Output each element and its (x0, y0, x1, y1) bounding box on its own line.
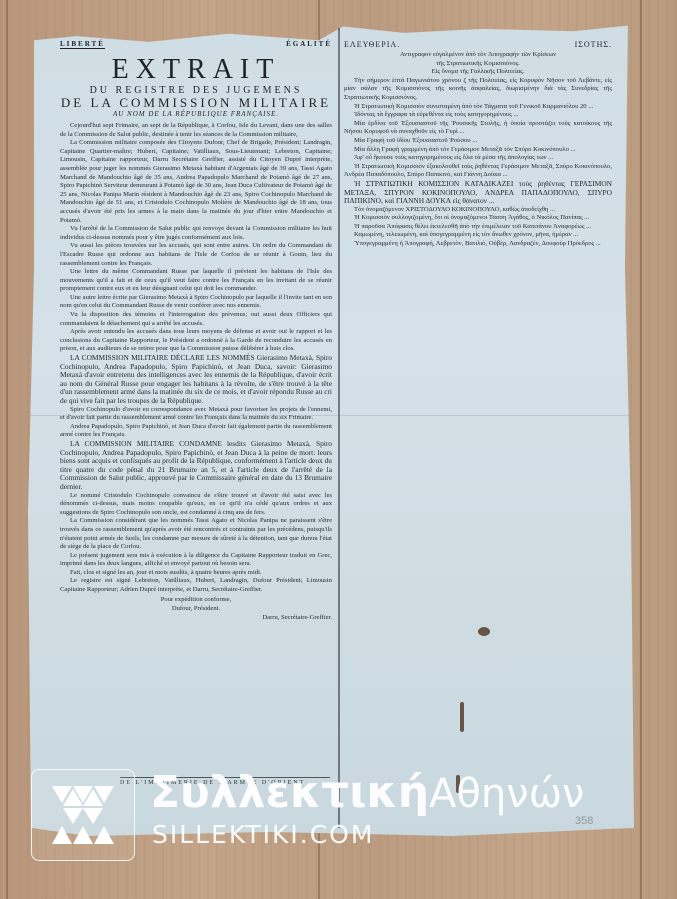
french-column: LIBERTÉ ÉGALITÉ EXTRAIT DU REGISTRE DES … (60, 40, 332, 622)
greek-heading: Αντιγραφον εὐγαλμένον ἀπὸ τὸν Ἀπογραφὴν … (344, 51, 612, 60)
greek-column: ΕΛΕΥΘΕΡΙΑ. ΙΣΟΤΗΣ. Αντιγραφον εὐγαλμένον… (344, 40, 612, 249)
ink-stain (478, 627, 490, 636)
greek-heading: Εἰς ὄνομα τῆς Γαλλικῆς Πολιτείας. (344, 68, 612, 77)
paragraph: Cejourd'hui sept Frimaire, an sept de la… (60, 122, 332, 139)
paragraph: Après avoir entendu les accusés dans tou… (60, 328, 332, 354)
paragraph: Une autre lettre écrite par Gierasimo Me… (60, 294, 332, 311)
triangles-logo-icon (52, 786, 114, 844)
motto-eleftheria: ΕΛΕΥΘΕΡΙΑ. (344, 40, 400, 49)
paragraph: Une lettre du même Commandant Russe par … (60, 268, 332, 294)
motto: ΕΛΕΥΘΕΡΙΑ. ΙΣΟΤΗΣ. (344, 40, 612, 49)
watermark-brand-bold: Συλλεκτική (150, 767, 429, 818)
paragraph: Καμωμένη, τελειωμένη, καὶ ὑπογεγραμμένη … (344, 231, 612, 240)
condemnation: LA COMMISSION MILITAIRE CONDAMNE lesdits… (60, 440, 332, 492)
condemnation: Ἡ ΣΤΡΑΤΙΩΤΙΚΗ ΚΟΜΙΣΣΙΟΝ ΚΑΤΑΔΙΚΑΖΕΙ τοὺς… (344, 180, 612, 206)
greek-heading: τῆς Στρατιωτικῆς Κομισσιόνος. (344, 60, 612, 69)
watermark-url: SILLEKTIKI.COM (152, 820, 374, 849)
watermark-brand: ΣυλλεκτικήΑθηνών (150, 770, 584, 817)
document-title: EXTRAIT (60, 55, 332, 85)
paragraph: Τὸν ὀνομαζόμενον ΧΡΙΣΤΟΔΟΥΛΟ ΚΟΚΙΝΟΠΟΥΛΟ… (344, 206, 612, 215)
signature-president: Dufour, Président. (60, 604, 332, 613)
paragraph: Ἡ Στρατιωτικὴ Κομισσιὸν ἐξακολουθεῖ τοὺς… (344, 163, 612, 180)
paragraph: Ἰδόντας τὰ ἔγγραφα τὰ εὑρεθέντα εἰς τοὺς… (344, 111, 612, 120)
paragraph: Τὴν σήμερον ἑπτὰ Παγωνιάτου χρόνου ζ τῆς… (344, 77, 612, 103)
declaration: LA COMMISSION MILITAIRE DÉCLARE LES NOMM… (60, 354, 332, 406)
motto: LIBERTÉ ÉGALITÉ (60, 40, 332, 49)
floor-seam (640, 0, 642, 899)
paragraph: Ἡ παροῦσα Ἀπόφασις θέλει ἐκτελεσθῆ ἀπὸ τ… (344, 223, 612, 232)
motto-isotis: ΙΣΟΤΗΣ. (575, 40, 612, 49)
paragraph: Ὑπογεγραμμένη ἡ Ἀπογραφή, Λεβρετὸν, Βατι… (344, 240, 612, 249)
paragraph: La Commission considérant que les nommés… (60, 517, 332, 551)
signature-conforme: Pour expédition conforme, (60, 595, 332, 604)
motto-egalite: ÉGALITÉ (286, 40, 332, 49)
paragraph: La Commission militaire composée des Cit… (60, 139, 332, 225)
paragraph: Vu aussi les pièces trouvées sur les acc… (60, 242, 332, 268)
paragraph: Le nommé Cristodulo Cochinopulo convainc… (60, 492, 332, 518)
motto-liberte: LIBERTÉ (60, 40, 105, 49)
watermark-logo-box (31, 769, 135, 861)
paragraph: Fait, clos et signé les an, jour et mois… (60, 569, 332, 578)
paragraph: Ἀφ' οὗ ἤκουσε τοὺς κατηγορημένους εἰς ὅλ… (344, 154, 612, 163)
signature-greffier: Darru, Secrétaire-Greffier. (60, 613, 332, 622)
paragraph: Spiro Cochinopulo d'avoir eu corresponda… (60, 406, 332, 423)
subtitle: AU NOM DE LA RÉPUBLIQUE FRANÇAISE. (60, 110, 332, 118)
paragraph: Le registre est signé Lebreton, Vatillia… (60, 577, 332, 594)
paragraph: Vu la disposition des témoins et l'inter… (60, 311, 332, 328)
paragraph: Ἡ Στρατιωτικὴ Κομισσιὸν συνισταμένη ἀπὸ … (344, 103, 612, 112)
watermark-brand-light: Αθηνών (429, 771, 584, 817)
floor-seam (6, 0, 8, 899)
paragraph: Μία ἐρδίνα τοῦ Ἐξουσιαστοῦ τῆς Ῥουσικῆς … (344, 120, 612, 137)
ink-stain (460, 702, 464, 732)
subtitle: DE LA COMMISSION MILITAIRE (60, 96, 332, 110)
paragraph: Μία ἄλλη Γραφὴ γραμμένη ἀπὸ τὸν Γεράσιμο… (344, 146, 612, 155)
column-rule (338, 28, 340, 828)
paragraph: Μία Γραφὴ τοῦ ἰδίου Ἐξουσιαστοῦ Ῥούσου .… (344, 137, 612, 146)
paragraph: Vu l'arrêté de la Commission de Salut pu… (60, 225, 332, 242)
paragraph: Ἡ Κομισσιὸν συλλογιζομένη, ὅτι οἱ ὀνομαζ… (344, 214, 612, 223)
paragraph: Andrea Papadopulo, Spiro Papichinò, et J… (60, 423, 332, 440)
paragraph: Le présent jugement sera mis à exécution… (60, 552, 332, 569)
